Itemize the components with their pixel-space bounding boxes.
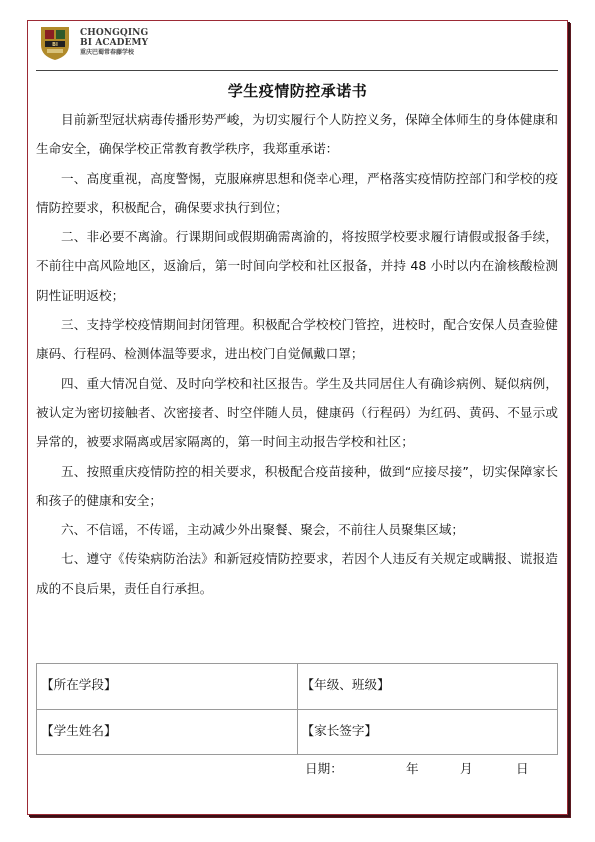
date-month[interactable]: 月 [460, 758, 473, 777]
svg-text:BI: BI [52, 42, 58, 48]
table-row: 【所在学段】 【年级、班级】 [37, 664, 558, 710]
paragraph-intro: 目前新型冠状病毒传播形势严峻，为切实履行个人防控义务，保障全体师生的身体健康和生… [36, 105, 558, 164]
school-brand: CHONGQING BI ACADEMY 重庆巴蜀常春藤学校 [80, 28, 148, 57]
brand-line-2: BI ACADEMY [80, 38, 148, 48]
info-form-table: 【所在学段】 【年级、班级】 【学生姓名】 【家长签字】 [36, 663, 558, 755]
header-divider [36, 70, 558, 71]
paragraph-item-5: 五、按照重庆疫情防控的相关要求，积极配合疫苗接种，做到“应接尽接”，切实保障家长… [36, 457, 558, 516]
document-body: 目前新型冠状病毒传播形势严峻，为切实履行个人防控义务，保障全体师生的身体健康和生… [36, 105, 558, 603]
date-day[interactable]: 日 [516, 758, 529, 777]
paragraph-item-6: 六、不信谣，不传谣，主动减少外出聚餐、聚会，不前往人员聚集区域； [36, 515, 558, 544]
paragraph-item-4: 四、重大情况自觉、及时向学校和社区报告。学生及共同居住人有确诊病例、疑似病例，被… [36, 369, 558, 457]
paragraph-item-7: 七、遵守《传染病防治法》和新冠疫情防控要求，若因个人违反有关规定或瞒报、谎报造成… [36, 544, 558, 603]
date-label: 日期： [305, 758, 343, 777]
table-row: 【学生姓名】 【家长签字】 [37, 710, 558, 755]
field-grade-class[interactable]: 【年级、班级】 [297, 664, 558, 710]
document-title: 学生疫情防控承诺书 [0, 80, 595, 101]
paragraph-item-2: 二、非必要不离渝。行课期间或假期确需离渝的，将按照学校要求履行请假或报备手续，不… [36, 222, 558, 310]
field-student-name[interactable]: 【学生姓名】 [37, 710, 298, 755]
date-year[interactable]: 年 [406, 758, 419, 777]
brand-line-1: CHONGQING [80, 28, 148, 38]
paragraph-item-3: 三、支持学校疫情期间封闭管理。积极配合学校校门管控，进校时，配合安保人员查验健康… [36, 310, 558, 369]
school-crest-icon: BI [38, 23, 72, 61]
field-parent-signature[interactable]: 【家长签字】 [297, 710, 558, 755]
field-school-stage[interactable]: 【所在学段】 [37, 664, 298, 710]
paragraph-item-1: 一、高度重视，高度警惕，克服麻痹思想和侥幸心理，严格落实疫情防控部门和学校的疫情… [36, 164, 558, 223]
brand-line-3: 重庆巴蜀常春藤学校 [80, 48, 148, 57]
